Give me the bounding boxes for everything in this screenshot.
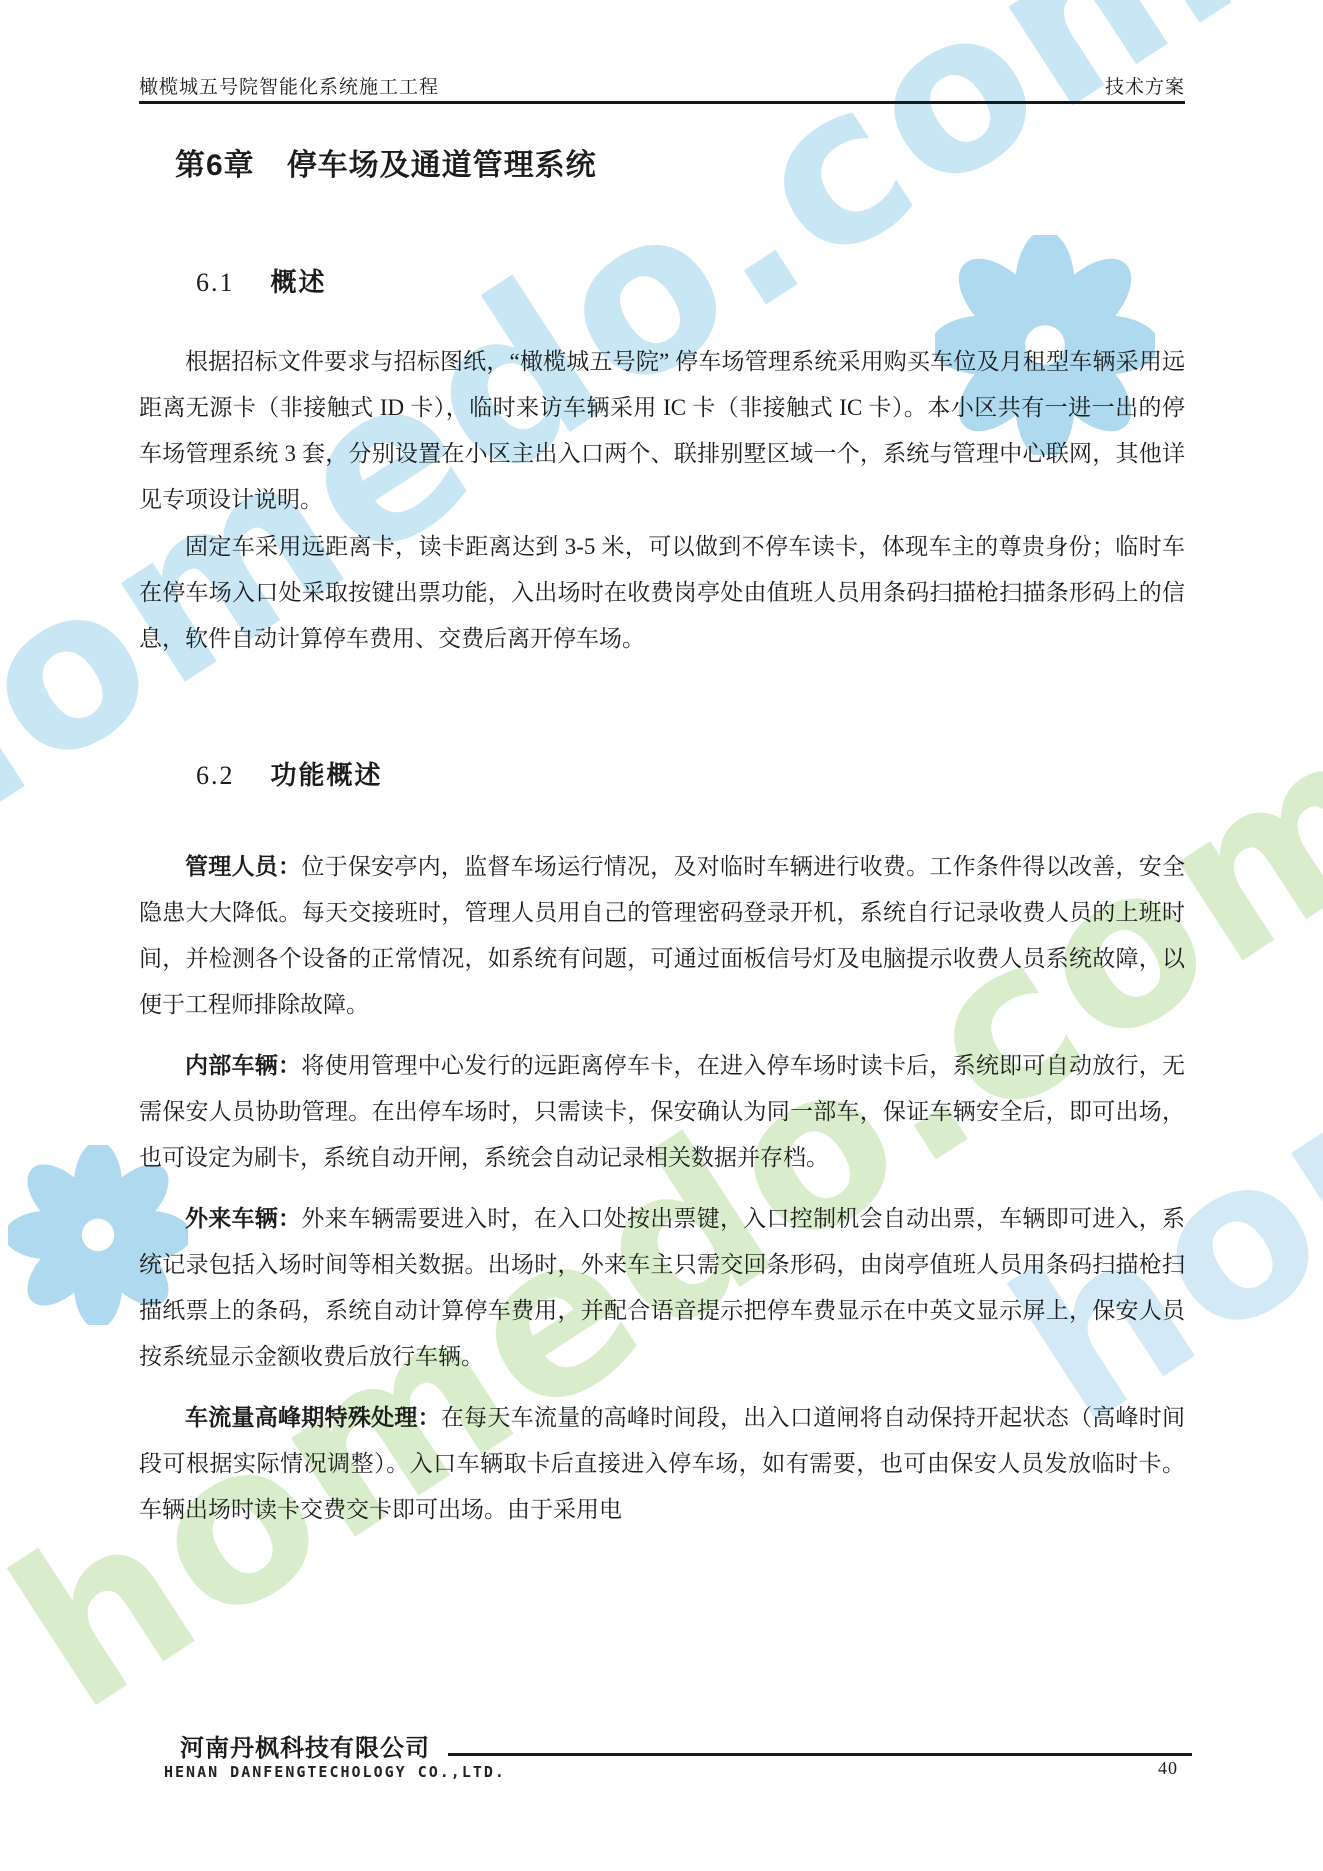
- footer-company-name-cn: 河南丹枫科技有限公司: [180, 1728, 430, 1763]
- page-header: 橄榄城五号院智能化系统施工工程 技术方案: [139, 72, 1185, 99]
- section-number: 6.1: [196, 268, 235, 297]
- paragraph-lead: 车流量高峰期特殊处理：: [185, 1404, 441, 1430]
- section-heading-6-2: 6.2功能概述: [139, 755, 1242, 792]
- paragraph: 外来车辆：外来车辆需要进入时，在入口处按出票键，入口控制机会自动出票，车辆即可进…: [139, 1195, 1185, 1380]
- paragraph: 固定车采用远距离卡，读卡距离达到 3-5 米，可以做到不停车读卡，体现车主的尊贵…: [139, 523, 1185, 662]
- paragraph-lead: 外来车辆：: [185, 1205, 301, 1231]
- footer-company-name-en: HENAN DANFENGTECHOLOGY CO.,LTD.: [164, 1763, 506, 1781]
- paragraph: 管理人员：位于保安亭内，监督车场运行情况，及对临时车辆进行收费。工作条件得以改善…: [139, 843, 1185, 1028]
- header-doc-type: 技术方案: [1105, 72, 1185, 99]
- section-heading-6-1: 6.1概述: [139, 262, 1242, 299]
- footer-rule: [448, 1753, 1192, 1756]
- header-project-title: 橄榄城五号院智能化系统施工工程: [139, 72, 439, 99]
- paragraph-text: 根据招标文件要求与招标图纸，“橄榄城五号院” 停车场管理系统采用购买车位及月租型…: [139, 349, 1185, 512]
- chapter-title: 停车场及通道管理系统: [287, 149, 597, 182]
- paragraph-lead: 内部车辆：: [185, 1052, 301, 1078]
- document-page: { "header": { "project": "橄榄城五号院智能化系统施工工…: [0, 0, 1323, 1871]
- paragraph-text: 固定车采用远距离卡，读卡距离达到 3-5 米，可以做到不停车读卡，体现车主的尊贵…: [139, 534, 1185, 651]
- page-number: 40: [1158, 1758, 1178, 1779]
- paragraph: 内部车辆：将使用管理中心发行的远距离停车卡，在进入停车场时读卡后，系统即可自动放…: [139, 1042, 1185, 1181]
- section-6-1-body: 根据招标文件要求与招标图纸，“橄榄城五号院” 停车场管理系统采用购买车位及月租型…: [139, 338, 1185, 662]
- section-title: 功能概述: [271, 760, 383, 790]
- chapter-number: 第6章: [175, 149, 255, 182]
- paragraph: 车流量高峰期特殊处理：在每天车流量的高峰时间段，出入口道闸将自动保持开起状态（高…: [139, 1394, 1185, 1533]
- paragraph: 根据招标文件要求与招标图纸，“橄榄城五号院” 停车场管理系统采用购买车位及月租型…: [139, 338, 1185, 523]
- paragraph-lead: 管理人员：: [185, 853, 301, 879]
- header-rule: [139, 101, 1185, 104]
- section-6-2-body: 管理人员：位于保安亭内，监督车场运行情况，及对临时车辆进行收费。工作条件得以改善…: [139, 843, 1185, 1547]
- chapter-heading: 第6章停车场及通道管理系统: [139, 140, 1221, 184]
- section-number: 6.2: [196, 761, 235, 790]
- page-content: 橄榄城五号院智能化系统施工工程 技术方案 第6章停车场及通道管理系统 6.1概述…: [0, 0, 1323, 1871]
- section-title: 概述: [271, 267, 327, 297]
